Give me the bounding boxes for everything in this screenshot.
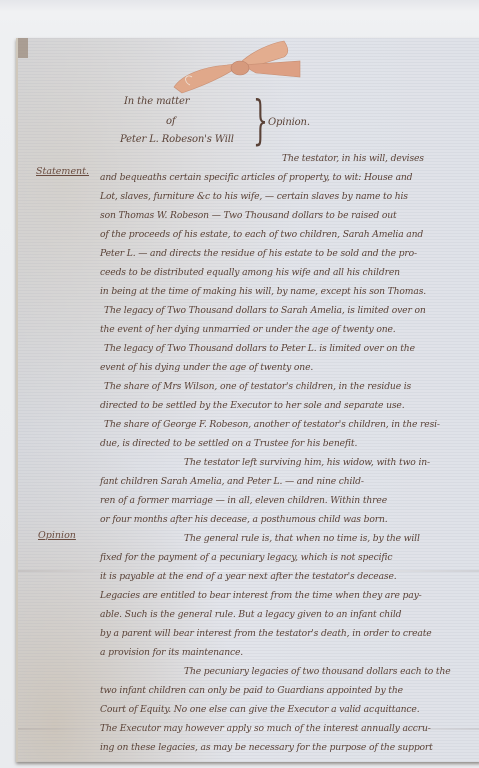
text-line: fant children Sarah Amelia, and Peter L.… xyxy=(100,476,364,487)
text-line: Peter L. — and directs the residue of hi… xyxy=(100,248,417,259)
text-line: Legacies are entitled to bear interest f… xyxy=(100,590,422,601)
text-line: it is payable at the end of a year next … xyxy=(100,571,397,582)
brace-icon: } xyxy=(253,95,268,147)
text-line: ceeds to be distributed equally among hi… xyxy=(100,267,400,278)
margin-note-opinion: Opinion xyxy=(38,530,76,541)
text-line: The general rule is, that when no time i… xyxy=(184,533,420,544)
text-line: due, is directed to be settled on a Trus… xyxy=(100,438,357,449)
text-line: The testator left surviving him, his wid… xyxy=(184,457,430,468)
text-line: The legacy of Two Thousand dollars to Pe… xyxy=(104,343,415,354)
text-line: The share of George F. Robeson, another … xyxy=(104,419,440,430)
text-line: son Thomas W. Robeson — Two Thousand dol… xyxy=(100,210,397,221)
text-line: directed to be settled by the Executor t… xyxy=(100,400,404,411)
text-line: ren of a former marriage — in all, eleve… xyxy=(100,495,387,506)
text-line: able. Such is the general rule. But a le… xyxy=(100,609,401,620)
text-line: and bequeaths certain specific articles … xyxy=(100,172,412,183)
text-line: Lot, slaves, furniture &c to his wife, —… xyxy=(100,191,408,202)
text-line: The pecuniary legacies of two thousand d… xyxy=(184,666,451,677)
heading-line-3: Peter L. Robeson's Will xyxy=(120,134,234,145)
text-line: by a parent will bear interest from the … xyxy=(100,628,432,639)
text-line: the event of her dying unmarried or unde… xyxy=(100,324,396,335)
text-line: or four months after his decease, a post… xyxy=(100,514,388,525)
text-line: The Executor may however apply so much o… xyxy=(100,723,431,734)
text-line: event of his dying under the age of twen… xyxy=(100,362,313,373)
text-line: in being at the time of making his will,… xyxy=(100,286,426,297)
margin-note-statement: Statement. xyxy=(36,166,89,177)
text-line: of the proceeds of his estate, to each o… xyxy=(100,229,423,240)
text-line: two infant children can only be paid to … xyxy=(100,685,403,696)
text-line: a provision for its maintenance. xyxy=(100,647,243,658)
text-line: The share of Mrs Wilson, one of testator… xyxy=(104,381,411,392)
heading-line-1: In the matter xyxy=(124,96,189,107)
text-line: The testator, in his will, devises xyxy=(282,153,424,164)
heading-label: Opinion. xyxy=(268,117,310,128)
ribbon-bow-icon xyxy=(172,37,302,97)
text-line: The legacy of Two Thousand dollars to Sa… xyxy=(104,305,426,316)
heading-line-2: of xyxy=(166,116,175,127)
text-line: Court of Equity. No one else can give th… xyxy=(100,704,419,715)
text-line: ing on these legacies, as may be necessa… xyxy=(100,742,433,753)
text-line: fixed for the payment of a pecuniary leg… xyxy=(100,552,392,563)
